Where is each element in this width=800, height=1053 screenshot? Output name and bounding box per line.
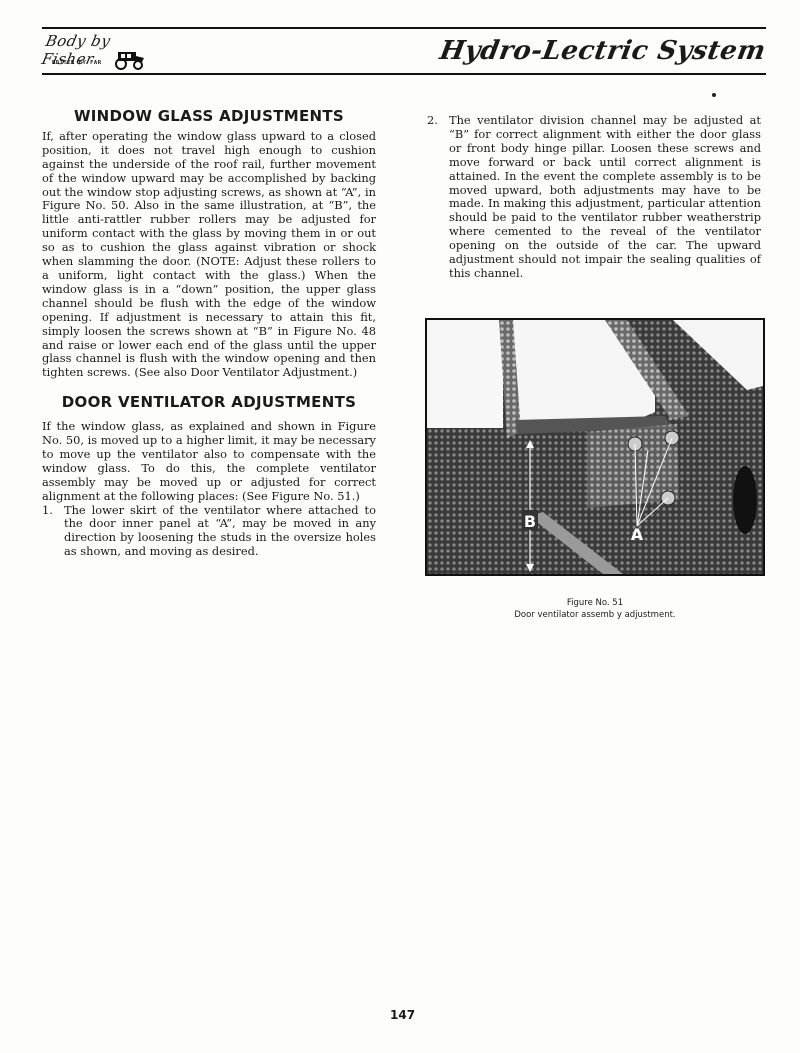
- speck: [712, 93, 716, 97]
- label-b: B: [524, 512, 536, 531]
- body-by-fisher-logo: Body by Fisher BETTER BY FAR: [42, 32, 162, 72]
- header-rule-bottom: [42, 73, 766, 75]
- list-number: 1.: [42, 504, 64, 560]
- label-a: A: [631, 525, 644, 544]
- system-title: Hydro-Lectric System: [437, 36, 768, 66]
- figure-51-photo: B A: [425, 318, 765, 576]
- header-rule-top: [42, 27, 766, 29]
- figure-caption: Figure No. 51 Door ventilator assemb y a…: [425, 597, 765, 621]
- window-glass-body: If, after operating the window glass upw…: [42, 130, 376, 380]
- left-column: WINDOW GLASS ADJUSTMENTS If, after opera…: [42, 110, 376, 559]
- window-glass-heading: WINDOW GLASS ADJUSTMENTS: [42, 110, 376, 124]
- door-ventilator-body: If the window glass, as explained and sh…: [42, 420, 376, 503]
- door-ventilator-heading: DOOR VENTILATOR ADJUSTMENTS: [42, 396, 376, 410]
- list-item: 1. The lower skirt of the ventilator whe…: [42, 504, 376, 560]
- logo-tagline: BETTER BY FAR: [52, 60, 102, 66]
- list-number: 2.: [427, 114, 449, 281]
- list-text: The lower skirt of the ventilator where …: [64, 504, 376, 560]
- door-ventilator-photo: B A: [427, 320, 763, 574]
- list-item: 2. The ventilator division channel may b…: [427, 114, 761, 281]
- carriage-icon: [112, 50, 146, 70]
- caption-title: Figure No. 51: [425, 597, 765, 609]
- right-column: 2. The ventilator division channel may b…: [427, 114, 761, 281]
- list-text: The ventilator division channel may be a…: [449, 114, 761, 281]
- caption-text: Door ventilator assemb y adjustment.: [425, 609, 765, 621]
- page-number: 147: [390, 1008, 415, 1022]
